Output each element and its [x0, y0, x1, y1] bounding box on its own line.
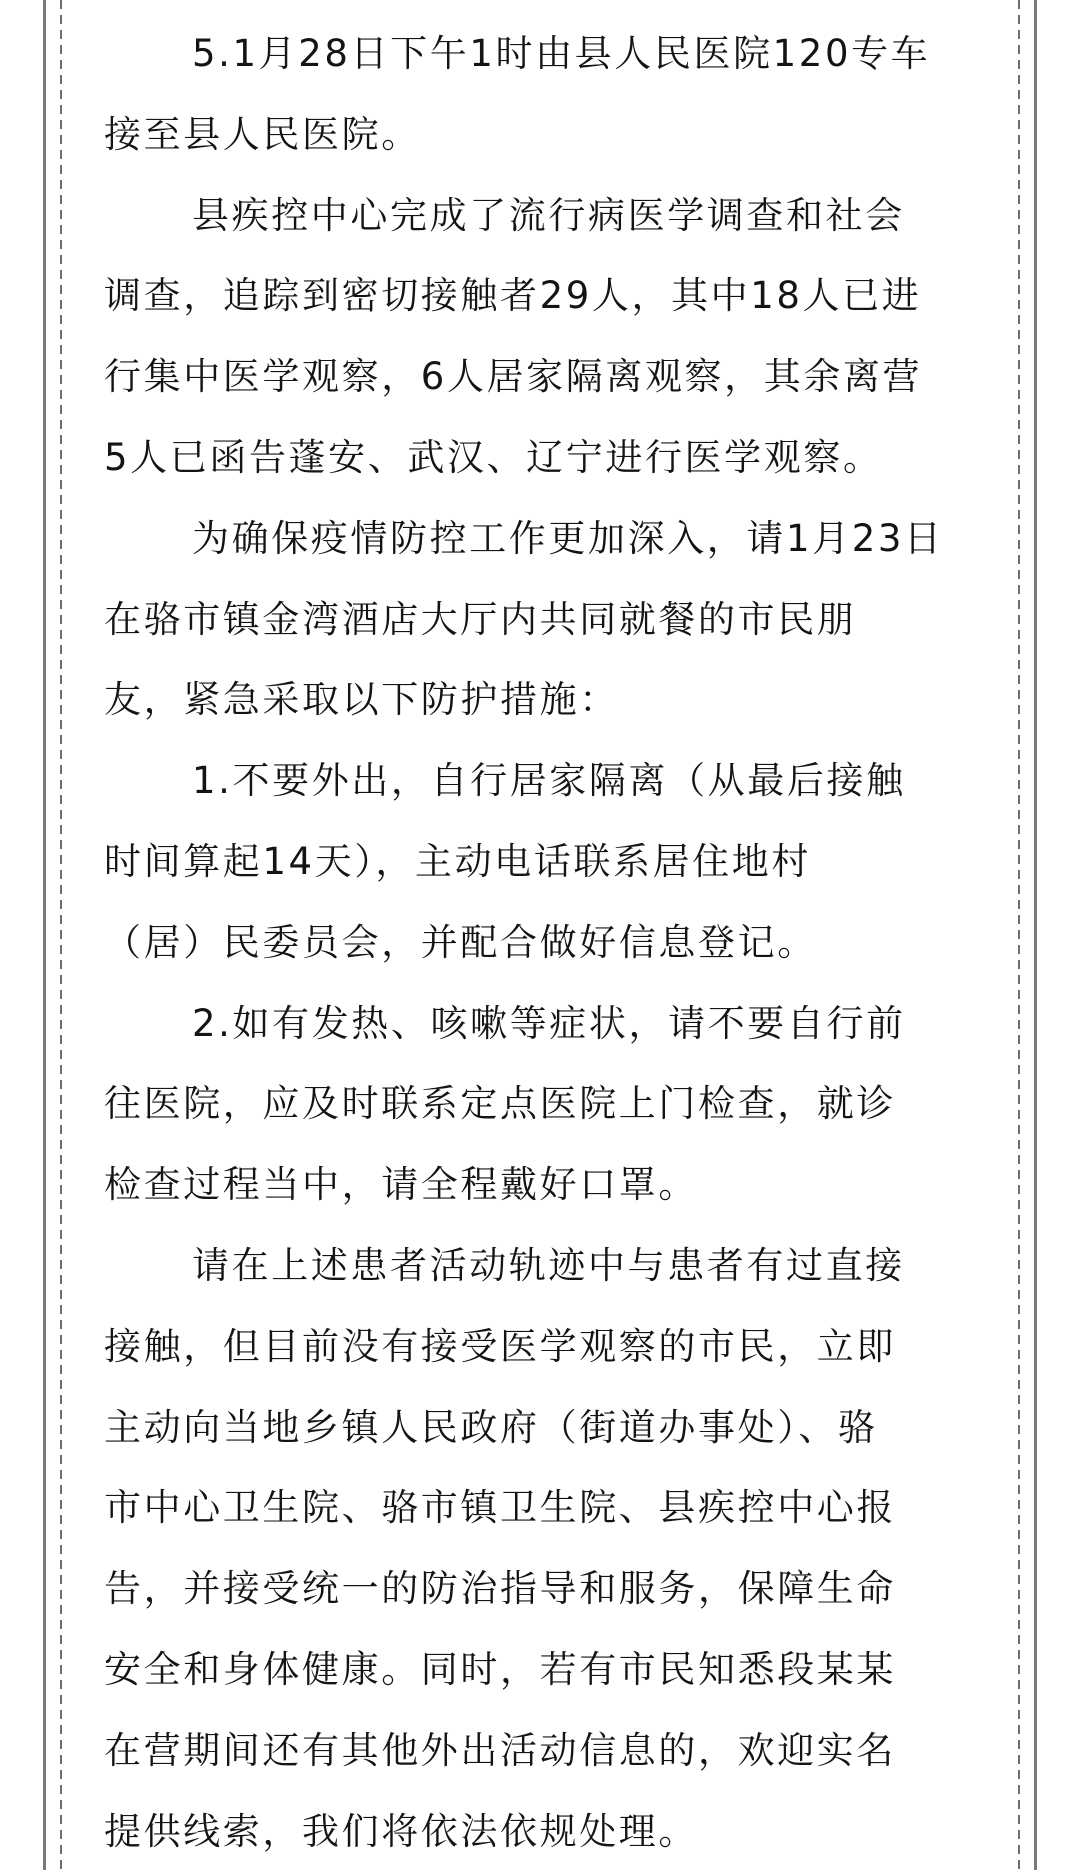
- text-line: 提供线索，我们将依法依规处理。: [104, 1792, 1004, 1870]
- text-line: 在骆市镇金湾酒店大厅内共同就餐的市民朋: [104, 580, 1004, 661]
- text-line: 安全和身体健康。同时，若有市民知悉段某某: [104, 1630, 1004, 1711]
- text-line: 5人已函告蓬安、武汉、辽宁进行医学观察。: [104, 418, 1004, 499]
- paragraph-measure-1: 1.不要外出，自行居家隔离（从最后接触 时间算起14天），主动电话联系居住地村 …: [104, 741, 1004, 983]
- outer-border-right: [1034, 0, 1037, 1870]
- text-line: 告，并接受统一的防治指导和服务，保障生命: [104, 1549, 1004, 1630]
- text-line: 2.如有发热、咳嗽等症状，请不要自行前: [104, 984, 1004, 1065]
- paragraph-request: 为确保疫情防控工作更加深入，请1月23日 在骆市镇金湾酒店大厅内共同就餐的市民朋…: [104, 499, 1004, 741]
- text-line: 接至县人民医院。: [104, 95, 1004, 176]
- text-line: 友，紧急采取以下防护措施：: [104, 660, 1004, 741]
- text-line: 为确保疫情防控工作更加深入，请1月23日: [104, 499, 1004, 580]
- text-line: 时间算起14天），主动电话联系居住地村: [104, 822, 1004, 903]
- dashed-border-left: [60, 0, 62, 1870]
- notice-body: 5.1月28日下午1时由县人民医院120专车 接至县人民医院。 县疾控中心完成了…: [104, 14, 1004, 1870]
- text-line: 1.不要外出，自行居家隔离（从最后接触: [104, 741, 1004, 822]
- text-line: 行集中医学观察，6人居家隔离观察，其余离营: [104, 337, 1004, 418]
- text-line: 请在上述患者活动轨迹中与患者有过直接: [104, 1226, 1004, 1307]
- text-line: 调查，追踪到密切接触者29人，其中18人已进: [104, 256, 1004, 337]
- paragraph-report-request: 请在上述患者活动轨迹中与患者有过直接 接触，但目前没有接受医学观察的市民，立即 …: [104, 1226, 1004, 1870]
- text-line: 接触，但目前没有接受医学观察的市民，立即: [104, 1307, 1004, 1388]
- text-line: 往医院，应及时联系定点医院上门检查，就诊: [104, 1064, 1004, 1145]
- paragraph-transfer: 5.1月28日下午1时由县人民医院120专车 接至县人民医院。: [104, 14, 1004, 176]
- text-line: 检查过程当中，请全程戴好口罩。: [104, 1145, 1004, 1226]
- paragraph-measure-2: 2.如有发热、咳嗽等症状，请不要自行前 往医院，应及时联系定点医院上门检查，就诊…: [104, 984, 1004, 1226]
- dashed-border-right: [1018, 0, 1020, 1870]
- outer-border-left: [43, 0, 46, 1870]
- text-line: （居）民委员会，并配合做好信息登记。: [104, 903, 1004, 984]
- text-line: 在营期间还有其他外出活动信息的，欢迎实名: [104, 1711, 1004, 1792]
- text-line: 县疾控中心完成了流行病医学调查和社会: [104, 176, 1004, 257]
- text-line: 主动向当地乡镇人民政府（街道办事处）、骆: [104, 1388, 1004, 1469]
- text-line: 市中心卫生院、骆市镇卫生院、县疾控中心报: [104, 1468, 1004, 1549]
- paragraph-investigation: 县疾控中心完成了流行病医学调查和社会 调查，追踪到密切接触者29人，其中18人已…: [104, 176, 1004, 499]
- text-line: 5.1月28日下午1时由县人民医院120专车: [104, 14, 1004, 95]
